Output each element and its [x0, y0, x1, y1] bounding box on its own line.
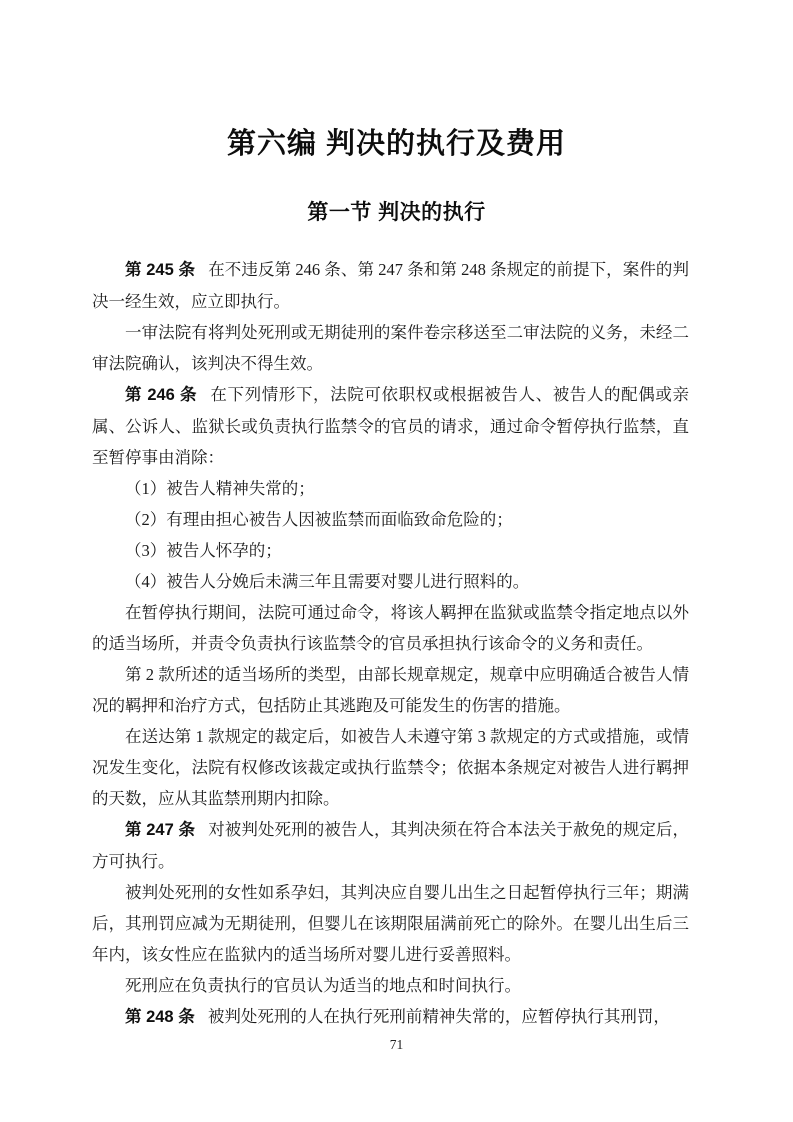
article-number: 第 247 条 [125, 821, 195, 839]
paragraph-text: （4）被告人分娩后未满三年且需要对婴儿进行照料的。 [125, 572, 529, 591]
paragraph: 在暂停执行期间，法院可通过命令，将该人羁押在监狱或监禁令指定地点以外的适当场所，… [92, 597, 689, 659]
page-number: 71 [0, 1036, 793, 1054]
paragraph: 在送达第 1 款规定的裁定后，如被告人未遵守第 3 款规定的方式或措施，或情况发… [92, 721, 689, 814]
article-paragraph: 第 247 条对被判处死刑的被告人，其判决须在符合本法关于赦免的规定后，方可执行… [92, 814, 689, 877]
article-paragraph: 第 246 条在下列情形下，法院可依职权或根据被告人、被告人的配偶或亲属、公诉人… [92, 379, 689, 473]
paragraph-text: 被判处死刑的人在执行死刑前精神失常的，应暂停执行其刑罚， [208, 1007, 670, 1026]
paragraph-text: （3）被告人怀孕的； [125, 541, 282, 560]
list-item-paragraph: （1）被告人精神失常的； [92, 473, 689, 504]
paragraph: 第 2 款所述的适当场所的类型，由部长规章规定，规章中应明确适合被告人情况的羁押… [92, 659, 689, 721]
document-page: 第六编 判决的执行及费用 第一节 判决的执行 第 245 条在不违反第 246 … [0, 0, 793, 1122]
paragraph-text: （1）被告人精神失常的； [125, 479, 315, 498]
body-text: 第 245 条在不违反第 246 条、第 247 条和第 248 条规定的前提下… [92, 254, 689, 1033]
list-item-paragraph: （3）被告人怀孕的； [92, 535, 689, 566]
article-paragraph: 第 245 条在不违反第 246 条、第 247 条和第 248 条规定的前提下… [92, 254, 689, 317]
article-number: 第 248 条 [125, 1008, 195, 1026]
paragraph-text: 一审法院有将判处死刑或无期徒刑的案件卷宗移送至二审法院的义务，未经二审法院确认，… [92, 323, 689, 373]
paragraph-text: 在送达第 1 款规定的裁定后，如被告人未遵守第 3 款规定的方式或措施，或情况发… [92, 727, 689, 808]
article-number: 第 246 条 [125, 386, 197, 404]
paragraph-text: 死刑应在负责执行的官员认为适当的地点和时间执行。 [125, 976, 521, 995]
article-number: 第 245 条 [125, 261, 195, 279]
paragraph-text: （2）有理由担心被告人因被监禁而面临致命危险的； [125, 510, 513, 529]
list-item-paragraph: （2）有理由担心被告人因被监禁而面临致命危险的； [92, 504, 689, 535]
section-title: 第一节 判决的执行 [0, 201, 793, 225]
paragraph-text: 第 2 款所述的适当场所的类型，由部长规章规定，规章中应明确适合被告人情况的羁押… [92, 665, 689, 715]
article-paragraph: 第 248 条被判处死刑的人在执行死刑前精神失常的，应暂停执行其刑罚， [92, 1001, 689, 1033]
part-title: 第六编 判决的执行及费用 [0, 0, 793, 162]
paragraph: 一审法院有将判处死刑或无期徒刑的案件卷宗移送至二审法院的义务，未经二审法院确认，… [92, 317, 689, 379]
paragraph: 被判处死刑的女性如系孕妇，其判决应自婴儿出生之日起暂停执行三年；期满后，其刑罚应… [92, 877, 689, 970]
paragraph: 死刑应在负责执行的官员认为适当的地点和时间执行。 [92, 970, 689, 1001]
paragraph-text: 被判处死刑的女性如系孕妇，其判决应自婴儿出生之日起暂停执行三年；期满后，其刑罚应… [92, 883, 689, 964]
list-item-paragraph: （4）被告人分娩后未满三年且需要对婴儿进行照料的。 [92, 566, 689, 597]
paragraph-text: 在暂停执行期间，法院可通过命令，将该人羁押在监狱或监禁令指定地点以外的适当场所，… [92, 603, 689, 653]
